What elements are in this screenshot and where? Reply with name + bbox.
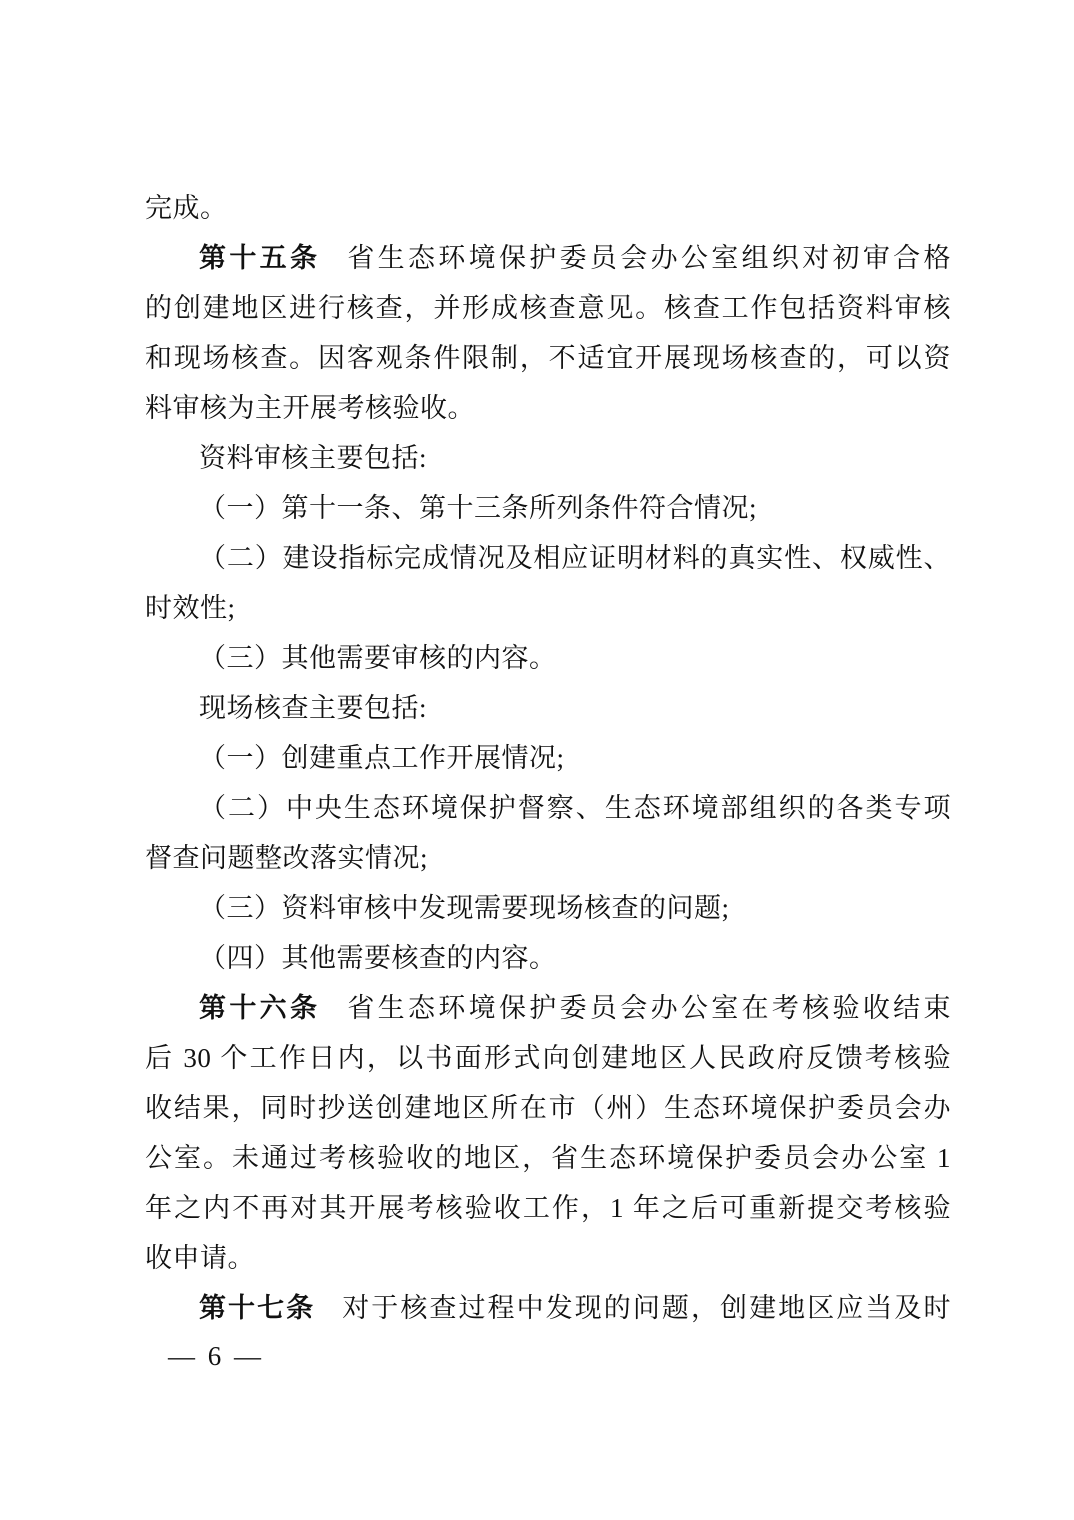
text-line: （四）其他需要核查的内容。 (145, 933, 951, 983)
text-line: 完成。 (145, 183, 951, 233)
line-text: 省生态环境保护委员会办公室在考核验收结束 (347, 993, 951, 1023)
text-line: 督查问题整改落实情况; (145, 833, 951, 883)
text-line: 公室。未通过考核验收的地区，省生态环境保护委员会办公室 1 (145, 1133, 951, 1183)
line-text: 对于核查过程中发现的问题，创建地区应当及时 (342, 1293, 951, 1323)
line-text: 收申请。 (145, 1243, 255, 1273)
text-line-article-17: 第十七条对于核查过程中发现的问题，创建地区应当及时 (145, 1283, 951, 1333)
text-line-article-16: 第十六条省生态环境保护委员会办公室在考核验收结束 (145, 983, 951, 1033)
line-text: 时效性; (145, 593, 236, 623)
line-text: 资料审核主要包括: (199, 443, 427, 473)
line-text: （二）中央生态环境保护督察、生态环境部组织的各类专项 (199, 793, 951, 823)
text-line: 现场核查主要包括: (145, 683, 951, 733)
line-text: （一）创建重点工作开展情况; (199, 743, 565, 773)
page-number: — 6 — (168, 1336, 261, 1376)
text-line-article-15: 第十五条省生态环境保护委员会办公室组织对初审合格 (145, 233, 951, 283)
document-page: 完成。 第十五条省生态环境保护委员会办公室组织对初审合格 的创建地区进行核查，并… (0, 0, 1074, 1520)
text-line: （一）创建重点工作开展情况; (145, 733, 951, 783)
line-text: 的创建地区进行核查，并形成核查意见。核查工作包括资料审核 (145, 293, 951, 323)
line-text: 现场核查主要包括: (199, 693, 427, 723)
text-line: （三）其他需要审核的内容。 (145, 633, 951, 683)
line-text: 收结果，同时抄送创建地区所在市（州）生态环境保护委员会办 (145, 1093, 951, 1123)
article-number: 第十七条 (199, 1293, 315, 1323)
text-line: （二）中央生态环境保护督察、生态环境部组织的各类专项 (145, 783, 951, 833)
line-text: 料审核为主开展考核验收。 (145, 393, 475, 423)
line-text: 督查问题整改落实情况; (145, 843, 428, 873)
line-text: （三）其他需要审核的内容。 (199, 643, 557, 673)
text-line: （二）建设指标完成情况及相应证明材料的真实性、权威性、 (145, 533, 951, 583)
line-text: 公室。未通过考核验收的地区，省生态环境保护委员会办公室 1 (145, 1143, 951, 1173)
line-text: （四）其他需要核查的内容。 (199, 943, 557, 973)
text-line: 的创建地区进行核查，并形成核查意见。核查工作包括资料审核 (145, 283, 951, 333)
article-number: 第十五条 (199, 243, 320, 273)
article-number: 第十六条 (199, 993, 320, 1023)
text-line: 时效性; (145, 583, 951, 633)
line-text: 后 30 个工作日内，以书面形式向创建地区人民政府反馈考核验 (145, 1043, 951, 1073)
line-text: （一）第十一条、第十三条所列条件符合情况; (199, 493, 757, 523)
text-line: 收结果，同时抄送创建地区所在市（州）生态环境保护委员会办 (145, 1083, 951, 1133)
text-line: 年之内不再对其开展考核验收工作，1 年之后可重新提交考核验 (145, 1183, 951, 1233)
line-text: 完成。 (145, 193, 228, 223)
line-text: 和现场核查。因客观条件限制，不适宜开展现场核查的，可以资 (145, 343, 951, 373)
line-text: （三）资料审核中发现需要现场核查的问题; (199, 893, 730, 923)
line-text: 省生态环境保护委员会办公室组织对初审合格 (347, 243, 951, 273)
text-line: 后 30 个工作日内，以书面形式向创建地区人民政府反馈考核验 (145, 1033, 951, 1083)
text-line: 和现场核查。因客观条件限制，不适宜开展现场核查的，可以资 (145, 333, 951, 383)
text-line: （一）第十一条、第十三条所列条件符合情况; (145, 483, 951, 533)
line-text: 年之内不再对其开展考核验收工作，1 年之后可重新提交考核验 (145, 1193, 951, 1223)
text-line: 料审核为主开展考核验收。 (145, 383, 951, 433)
text-line: （三）资料审核中发现需要现场核查的问题; (145, 883, 951, 933)
document-text-block: 完成。 第十五条省生态环境保护委员会办公室组织对初审合格 的创建地区进行核查，并… (145, 183, 951, 1333)
text-line: 资料审核主要包括: (145, 433, 951, 483)
line-text: （二）建设指标完成情况及相应证明材料的真实性、权威性、 (199, 543, 951, 573)
text-line: 收申请。 (145, 1233, 951, 1283)
